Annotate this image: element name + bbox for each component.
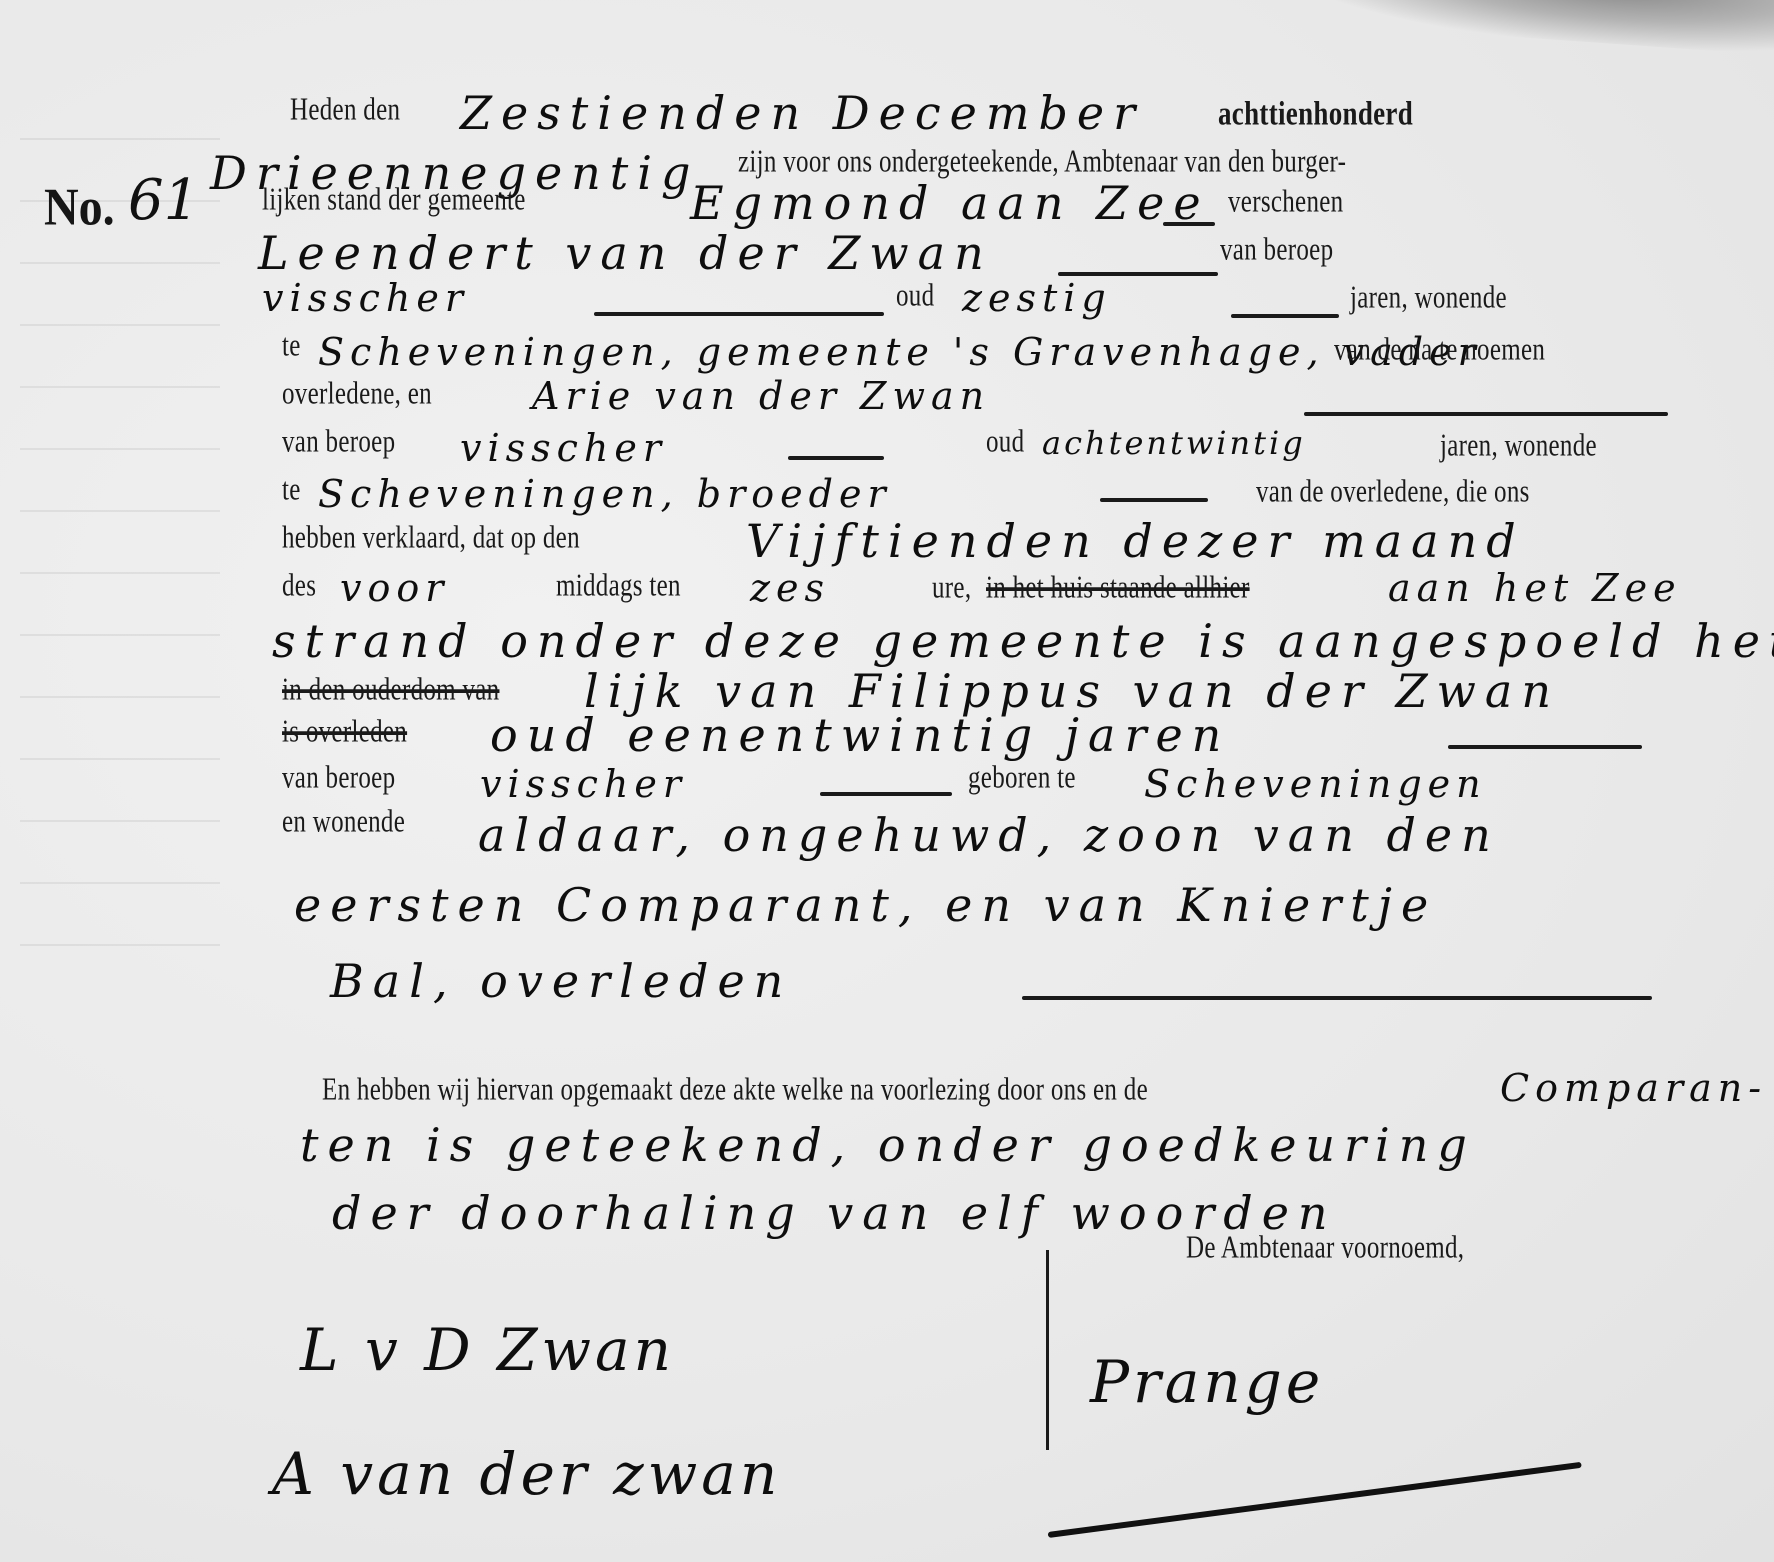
- record-number: 61: [128, 168, 199, 233]
- page-smudge: [1298, 0, 1774, 58]
- hand-closing-1: Comparan-: [1500, 1066, 1767, 1110]
- hand-birthplace: Scheveningen: [1144, 762, 1487, 806]
- hand-parents-3: Bal, overleden: [330, 954, 792, 1008]
- certificate-page: No. 61 Heden den Zestienden December ach…: [0, 0, 1774, 1562]
- hand-death-day: Vijftienden dezer maand: [746, 514, 1525, 568]
- printed-te: te: [282, 473, 301, 508]
- printed-middags-ten: middags ten: [556, 569, 681, 604]
- printed-ure: ure,: [932, 571, 971, 606]
- printed-geboren-te: geboren te: [968, 761, 1076, 796]
- printed-official-label: De Ambtenaar voornoemd,: [1186, 1231, 1464, 1266]
- hand-declarant1-name: Leendert van der Zwan: [258, 226, 993, 280]
- fill-line: [1022, 996, 1652, 1000]
- printed-des: des: [282, 569, 316, 604]
- printed-lijken-stand: lijken stand der gemeente: [262, 183, 526, 218]
- printed-van-beroep: van beroep: [282, 761, 395, 796]
- printed-hebben-verklaard: hebben verklaard, dat op den: [282, 521, 580, 556]
- hand-time-period: voor: [340, 566, 449, 610]
- printed-jaren-wonende: jaren, wonende: [1350, 281, 1507, 316]
- hand-declarant1-residence: Scheveningen, gemeente 's Gravenhage, va…: [318, 330, 1482, 374]
- printed-heden-den: Heden den: [290, 93, 400, 128]
- record-number-label: No.: [44, 177, 115, 238]
- printed-struck-ouderdom: in den ouderdom van: [282, 673, 499, 708]
- hand-declarant2-residence: Scheveningen, broeder: [318, 472, 892, 516]
- hand-location-1: aan het Zee: [1388, 566, 1682, 610]
- hand-deceased-age: oud eenentwintig jaren: [490, 708, 1230, 762]
- printed-achttienhonderd: achttienhonderd: [1218, 94, 1413, 133]
- printed-struck-in-het-huis: in het huis staande allhier: [986, 571, 1250, 606]
- hand-parents-1: aldaar, ongehuwd, zoon van den: [478, 808, 1500, 862]
- fill-line: [1231, 314, 1339, 318]
- printed-van-de-na-te-noemen: van de na te noemen: [1334, 333, 1545, 368]
- printed-oud: oud: [896, 279, 934, 314]
- hand-declarant1-age: zestig: [962, 276, 1112, 320]
- printed-te: te: [282, 329, 301, 364]
- printed-struck-is-overleden: is overleden: [282, 715, 407, 750]
- printed-verschenen: verschenen: [1228, 185, 1343, 220]
- printed-line2: zijn voor ons ondergeteekende, Ambtenaar…: [738, 145, 1346, 180]
- fill-line: [788, 456, 884, 460]
- hand-declarant2-age: achtentwintig: [1042, 424, 1306, 462]
- hand-municipality: Egmond aan Zee: [690, 176, 1210, 230]
- printed-van-beroep: van beroep: [282, 425, 395, 460]
- signature-underline: [1048, 1462, 1582, 1538]
- hand-hour: zes: [750, 566, 830, 610]
- fill-line: [820, 792, 952, 796]
- signature-declarant-2: A van der zwan: [272, 1440, 781, 1508]
- fill-line: [594, 312, 884, 316]
- hand-date-day: Zestienden December: [460, 86, 1144, 140]
- signature-divider: [1046, 1250, 1049, 1450]
- signature-official: Prange: [1090, 1348, 1324, 1416]
- hand-closing-2: ten is geteekend, onder goedkeuring: [300, 1118, 1476, 1172]
- hand-declarant2-occupation: visscher: [460, 426, 667, 470]
- signature-declarant-1: L v D Zwan: [300, 1316, 675, 1384]
- printed-closing: En hebben wij hiervan opgemaakt deze akt…: [322, 1073, 1148, 1108]
- hand-location-2: strand onder deze gemeente is aangespoel…: [272, 614, 1774, 668]
- hand-declarant1-occupation: visscher: [262, 276, 469, 320]
- printed-overledene-en: overledene, en: [282, 377, 432, 412]
- hand-deceased-occupation: visscher: [480, 762, 687, 806]
- fill-line: [1304, 412, 1668, 416]
- hand-declarant2-name: Arie van der Zwan: [532, 374, 990, 418]
- printed-jaren-wonende: jaren, wonende: [1440, 429, 1597, 464]
- printed-oud: oud: [986, 425, 1024, 460]
- printed-van-beroep: van beroep: [1220, 233, 1333, 268]
- printed-van-de-overledene: van de overledene, die ons: [1256, 475, 1530, 510]
- hand-parents-2: eersten Comparant, en van Kniertje: [294, 878, 1437, 932]
- printed-en-wonende: en wonende: [282, 805, 405, 840]
- fill-line: [1100, 498, 1208, 502]
- fill-line: [1448, 745, 1642, 749]
- fill-line: [1163, 222, 1215, 226]
